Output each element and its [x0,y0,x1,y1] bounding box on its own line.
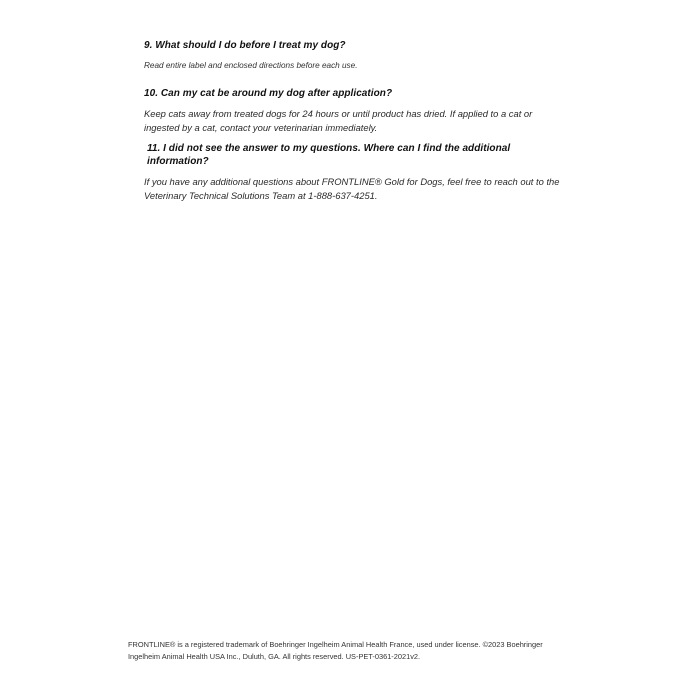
faq-answer: Keep cats away from treated dogs for 24 … [144,107,564,134]
document-page: 9. What should I do before I treat my do… [0,0,700,700]
faq-answer: Read entire label and enclosed direction… [144,59,564,73]
faq-answer: If you have any additional questions abo… [144,175,564,202]
faq-question: 11. I did not see the answer to my quest… [144,142,564,168]
legal-footer: FRONTLINE® is a registered trademark of … [128,639,558,662]
faq-question: 10. Can my cat be around my dog after ap… [144,87,564,100]
faq-item-11: 11. I did not see the answer to my quest… [144,142,564,202]
faq-question: 9. What should I do before I treat my do… [144,39,564,52]
faq-item-10: 10. Can my cat be around my dog after ap… [144,87,564,134]
faq-item-9: 9. What should I do before I treat my do… [144,39,564,73]
